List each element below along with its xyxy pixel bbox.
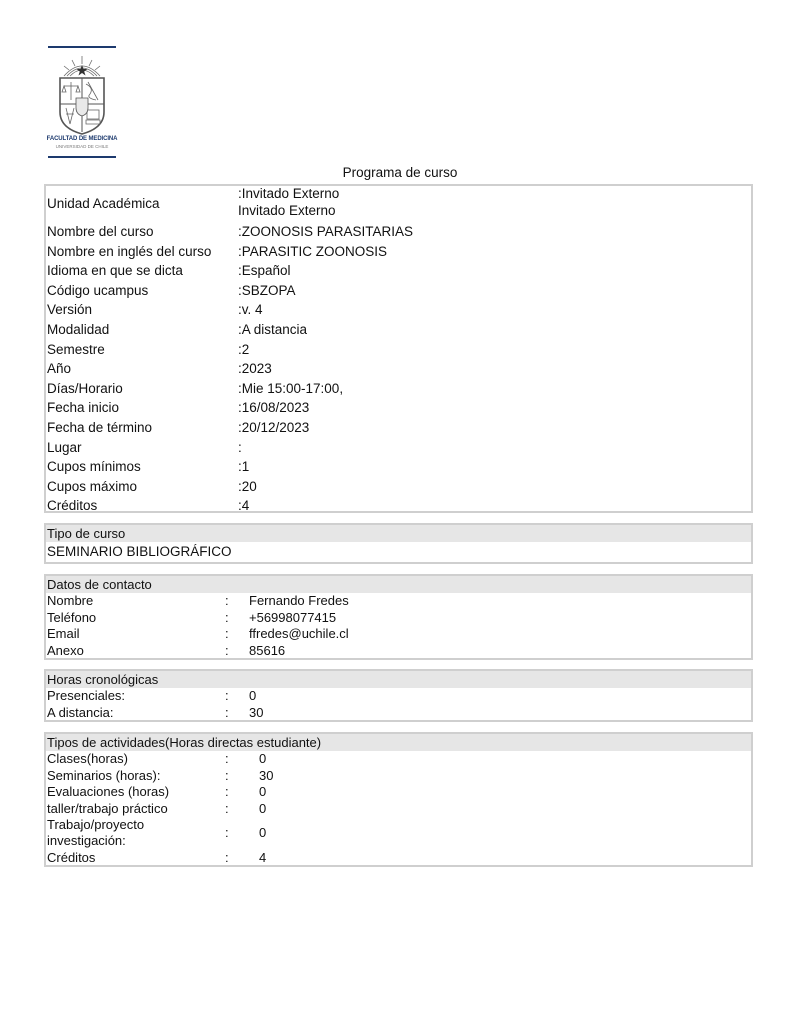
contact-row: Teléfono:+56998077415 [46, 610, 751, 627]
info-value: :A distancia [238, 320, 307, 340]
info-value: :4 [238, 496, 249, 516]
info-label: Nombre en inglés del curso [47, 242, 211, 262]
activity-row: Clases(horas):0 [46, 751, 751, 768]
logo-bottom-rule [48, 156, 116, 158]
info-row: Días/Horario:Mie 15:00-17:00, [46, 379, 751, 399]
info-value: :PARASITIC ZOONOSIS [238, 242, 387, 262]
info-row: Cupos máximo:20 [46, 477, 751, 497]
info-label: Versión [47, 300, 92, 320]
activity-value: 0 [259, 751, 266, 768]
activities-section: Tipos de actividades(Horas directas estu… [44, 732, 753, 867]
separator: : [225, 784, 229, 801]
info-label: Idioma en que se dicta [47, 261, 183, 281]
info-label: Modalidad [47, 320, 109, 340]
activity-label: Clases(horas) [47, 751, 128, 768]
info-label: Unidad Académica [47, 194, 160, 214]
info-value: :ZOONOSIS PARASITARIAS [238, 222, 413, 242]
activity-value: 0 [259, 801, 266, 818]
info-value: :Invitado ExternoInvitado Externo [238, 185, 339, 219]
hours-section: Horas cronológicas Presenciales::0 A dis… [44, 669, 753, 722]
activity-label: Trabajo/proyectoinvestigación: [47, 817, 144, 849]
info-label: Año [47, 359, 71, 379]
contact-email: ffredes@uchile.cl [249, 626, 349, 643]
course-type-value: SEMINARIO BIBLIOGRÁFICO [46, 542, 751, 562]
hours-row: A distancia::30 [46, 705, 751, 722]
contact-section: Datos de contacto Nombre:Fernando Fredes… [44, 574, 753, 660]
activity-label: Seminarios (horas): [47, 768, 160, 785]
info-row: Lugar: [46, 438, 751, 458]
separator: : [225, 626, 229, 643]
info-value: :Español [238, 261, 291, 281]
separator: : [225, 610, 229, 627]
info-row: Versión:v. 4 [46, 300, 751, 320]
course-info-table: Unidad Académica :Invitado ExternoInvita… [44, 184, 753, 513]
separator: : [225, 768, 229, 785]
info-label: Cupos máximo [47, 477, 137, 497]
info-label: Fecha de término [47, 418, 152, 438]
info-label: Fecha inicio [47, 398, 119, 418]
separator: : [225, 688, 229, 705]
activity-value: 0 [259, 825, 266, 842]
contact-row: Nombre:Fernando Fredes [46, 593, 751, 610]
info-value: :v. 4 [238, 300, 263, 320]
info-label: Cupos mínimos [47, 457, 141, 477]
hours-value: 30 [249, 705, 263, 722]
course-type-heading: Tipo de curso [46, 525, 751, 542]
info-row: Cupos mínimos:1 [46, 457, 751, 477]
info-row: Idioma en que se dicta:Español [46, 261, 751, 281]
contact-label: Nombre [47, 593, 93, 610]
info-row: Unidad Académica :Invitado ExternoInvita… [46, 186, 751, 222]
info-row: Fecha de término:20/12/2023 [46, 418, 751, 438]
info-row: Código ucampus:SBZOPA [46, 281, 751, 301]
university-name: UNIVERSIDAD DE CHILE [46, 144, 118, 149]
separator: : [225, 825, 229, 842]
separator: : [225, 705, 229, 722]
info-label: Código ucampus [47, 281, 148, 301]
contact-heading: Datos de contacto [46, 576, 751, 593]
activity-row: taller/trabajo práctico:0 [46, 801, 751, 818]
activity-row: Evaluaciones (horas):0 [46, 784, 751, 801]
info-value: :20/12/2023 [238, 418, 309, 438]
info-value-line: Invitado Externo [238, 203, 336, 218]
faculty-name: FACULTAD DE MEDICINA [46, 136, 118, 142]
page-title: Programa de curso [0, 165, 800, 180]
info-label: Semestre [47, 340, 105, 360]
activity-value: 30 [259, 768, 273, 785]
contact-label: Email [47, 626, 80, 643]
hours-label: Presenciales: [47, 688, 125, 705]
info-value: :16/08/2023 [238, 398, 309, 418]
hours-value: 0 [249, 688, 256, 705]
info-row: Nombre en inglés del curso:PARASITIC ZOO… [46, 242, 751, 262]
separator: : [225, 751, 229, 768]
info-value: :2023 [238, 359, 272, 379]
contact-value: 85616 [249, 643, 285, 660]
activity-label: Evaluaciones (horas) [47, 784, 169, 801]
info-label: Créditos [47, 496, 97, 516]
info-value: :Mie 15:00-17:00, [238, 379, 343, 399]
info-row: Fecha inicio:16/08/2023 [46, 398, 751, 418]
faculty-logo: FACULTAD DE MEDICINA UNIVERSIDAD DE CHIL… [46, 46, 118, 162]
separator: : [225, 593, 229, 610]
contact-row: Anexo:85616 [46, 643, 751, 660]
separator: : [225, 643, 229, 660]
info-label: Nombre del curso [47, 222, 154, 242]
activity-row: Créditos:4 [46, 850, 751, 867]
info-row: Modalidad:A distancia [46, 320, 751, 340]
hours-heading: Horas cronológicas [46, 671, 751, 688]
info-row: Nombre del curso:ZOONOSIS PARASITARIAS [46, 222, 751, 242]
separator: : [225, 850, 229, 867]
info-value: :SBZOPA [238, 281, 296, 301]
contact-row: Email:ffredes@uchile.cl [46, 626, 751, 643]
activity-label: Créditos [47, 850, 95, 867]
activity-row: Trabajo/proyectoinvestigación::0 [46, 817, 751, 850]
contact-label: Teléfono [47, 610, 96, 627]
hours-row: Presenciales::0 [46, 688, 751, 705]
contact-value: Fernando Fredes [249, 593, 349, 610]
course-type-section: Tipo de curso SEMINARIO BIBLIOGRÁFICO [44, 523, 753, 564]
info-value: :2 [238, 340, 249, 360]
info-value-line: :Invitado Externo [238, 186, 339, 201]
hours-label: A distancia: [47, 705, 114, 722]
info-label: Días/Horario [47, 379, 123, 399]
info-row: Semestre:2 [46, 340, 751, 360]
activity-value: 0 [259, 784, 266, 801]
activities-heading: Tipos de actividades(Horas directas estu… [46, 734, 751, 751]
contact-label: Anexo [47, 643, 84, 660]
info-value: : [238, 438, 242, 458]
activity-row: Seminarios (horas)::30 [46, 768, 751, 785]
info-row: Créditos:4 [46, 496, 751, 516]
activity-label: taller/trabajo práctico [47, 801, 168, 818]
separator: : [225, 801, 229, 818]
info-value: :20 [238, 477, 257, 497]
contact-value: +56998077415 [249, 610, 336, 627]
activity-value: 4 [259, 850, 266, 867]
university-crest-icon [54, 54, 110, 136]
logo-top-rule [48, 46, 116, 48]
info-label: Lugar [47, 438, 82, 458]
info-value: :1 [238, 457, 249, 477]
info-row: Año:2023 [46, 359, 751, 379]
